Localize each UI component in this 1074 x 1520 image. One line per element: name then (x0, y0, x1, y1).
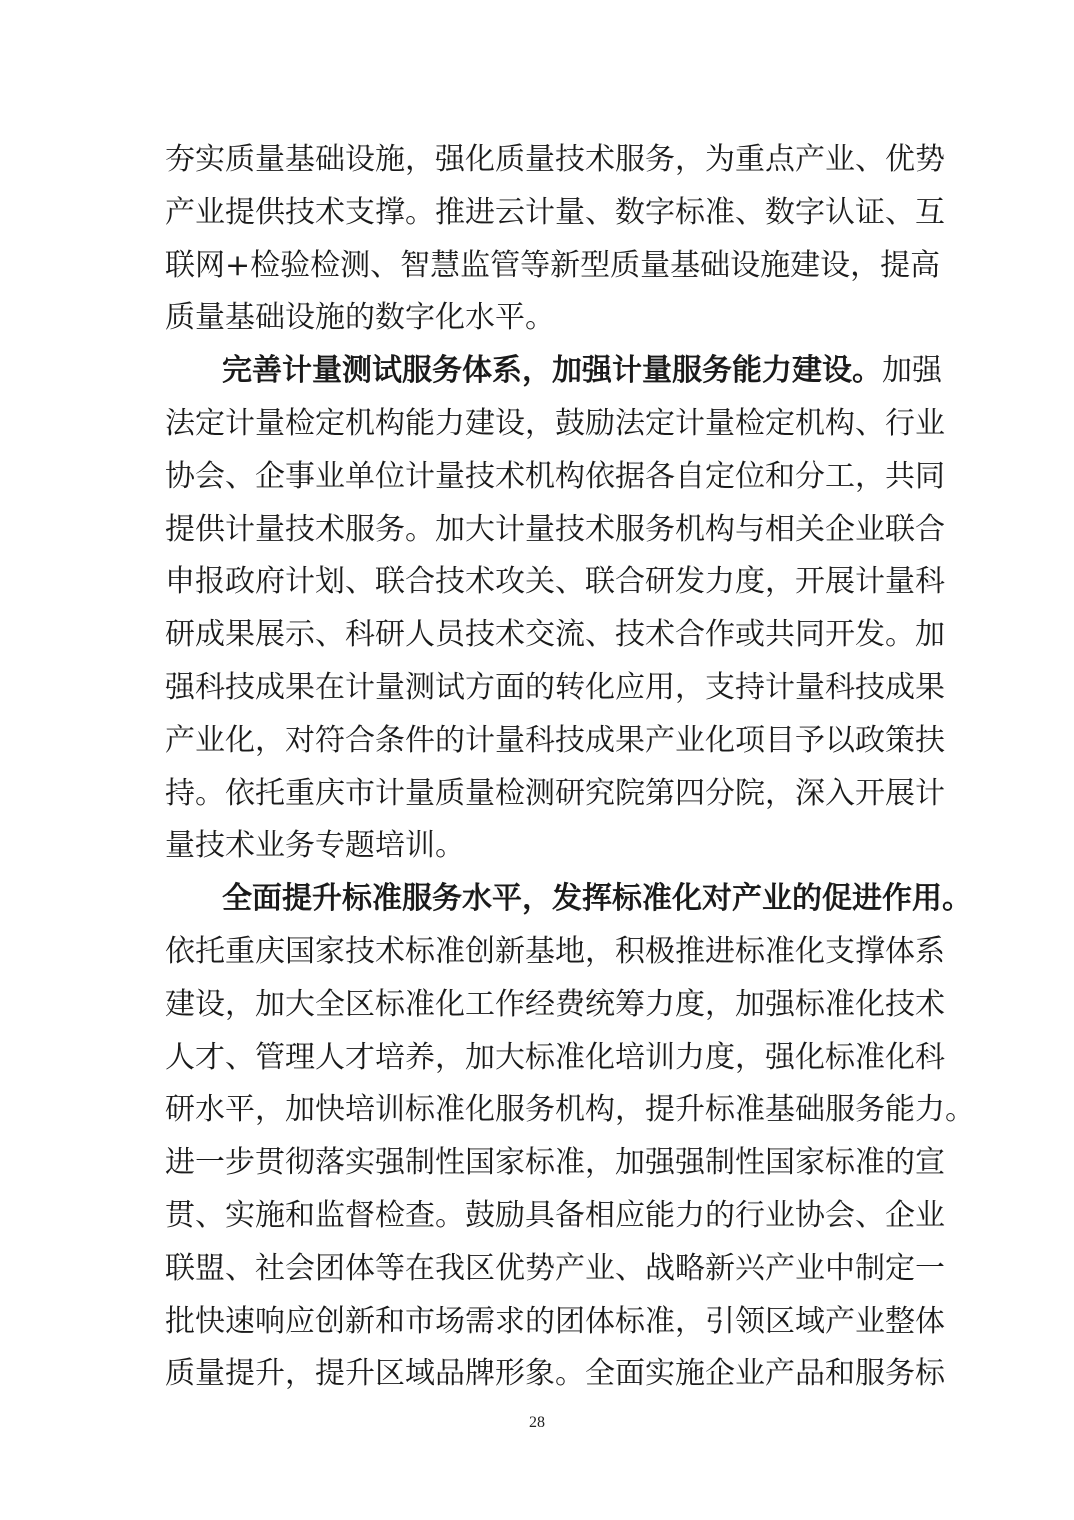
text-line: 强科技成果在计量测试方面的转化应用，支持计量科技成果 (165, 662, 925, 715)
text-line: 协会、企事业单位计量技术机构依据各自定位和分工，共同 (165, 451, 925, 504)
document-page: 夯实质量基础设施，强化质量技术服务，为重点产业、优势产业提供技术支撑。推进云计量… (0, 0, 1074, 1520)
text-line: 联盟、社会团体等在我区优势产业、战略新兴产业中制定一 (165, 1243, 925, 1296)
text-line: 产业提供技术支撑。推进云计量、数字标准、数字认证、互 (165, 187, 925, 240)
text-line: 进一步贯彻落实强制性国家标准，加强强制性国家标准的宣 (165, 1137, 925, 1190)
text-line: 研水平，加快培训标准化服务机构，提升标准基础服务能力。 (165, 1084, 925, 1137)
text-line: 质量基础设施的数字化水平。 (165, 292, 925, 345)
text-line: 人才、管理人才培养，加大标准化培训力度，强化标准化科 (165, 1032, 925, 1085)
text-line: 法定计量检定机构能力建设，鼓励法定计量检定机构、行业 (165, 398, 925, 451)
text-line: 夯实质量基础设施，强化质量技术服务，为重点产业、优势 (165, 134, 925, 187)
text-line: 依托重庆国家技术标准创新基地，积极推进标准化支撑体系 (165, 926, 925, 979)
text-line: 提供计量技术服务。加大计量技术服务机构与相关企业联合 (165, 504, 925, 557)
text-line: 贯、实施和监督检查。鼓励具备相应能力的行业协会、企业 (165, 1190, 925, 1243)
text-line: 产业化，对符合条件的计量科技成果产业化项目予以政策扶 (165, 715, 925, 768)
text-line: 量技术业务专题培训。 (165, 820, 925, 873)
body-text: 夯实质量基础设施，强化质量技术服务，为重点产业、优势产业提供技术支撑。推进云计量… (165, 134, 925, 1401)
text-line: 质量提升，提升区域品牌形象。全面实施企业产品和服务标 (165, 1348, 925, 1401)
text-line: 研成果展示、科研人员技术交流、技术合作或共同开发。加 (165, 609, 925, 662)
text-line: 申报政府计划、联合技术攻关、联合研发力度，开展计量科 (165, 556, 925, 609)
text-line: 联网+检验检测、智慧监管等新型质量基础设施建设，提高 (165, 240, 925, 293)
text-line: 批快速响应创新和市场需求的团体标准，引领区域产业整体 (165, 1296, 925, 1349)
text-line: 建设，加大全区标准化工作经费统筹力度，加强标准化技术 (165, 979, 925, 1032)
text-line: 全面提升标准服务水平，发挥标准化对产业的促进作用。 (165, 873, 925, 926)
page-number: 28 (0, 1414, 1074, 1432)
text-line: 持。依托重庆市计量质量检测研究院第四分院，深入开展计 (165, 768, 925, 821)
text-line: 完善计量测试服务体系，加强计量服务能力建设。加强 (165, 345, 925, 398)
